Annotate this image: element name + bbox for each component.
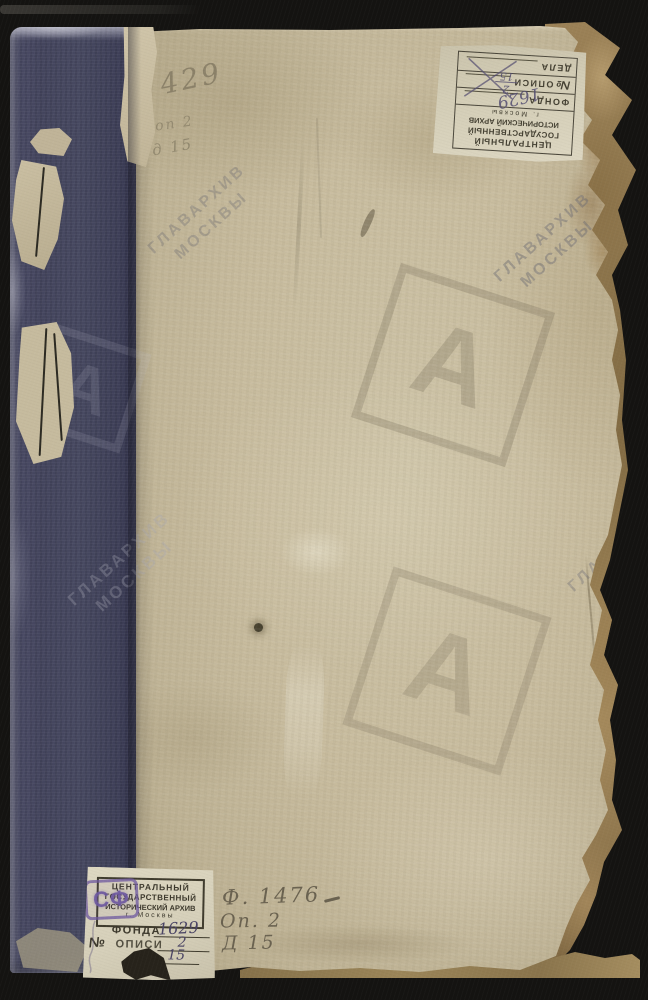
watermark-line: ГЛАВАРХИВ	[490, 188, 597, 287]
glavarkhiv-logo-watermark: А	[372, 284, 534, 446]
glavarkhiv-watermark: ГЛАВАРХИВ МОСКВЫ	[144, 160, 265, 275]
sf-purple-stamp: СФ	[84, 878, 140, 921]
watermark-line: ГЛАВАРХИВ	[144, 160, 251, 259]
photo-of-archival-book-cover: ГЛАВАРХИВ МОСКВЫ ГЛАВАРХИВ МОСКВЫ ГЛАВАР…	[0, 0, 648, 1000]
opis-caption: ОПИСИ	[115, 938, 163, 951]
archive-label-bottom: ЦЕНТРАЛЬНЫЙ ГОСУДАРСТВЕННЫЙ ИСТОРИЧЕСКИЙ…	[83, 867, 217, 982]
crease-mark	[293, 144, 305, 306]
crack-line	[53, 333, 63, 441]
background-scratch	[0, 5, 200, 14]
logo-letter-a: А	[342, 566, 551, 775]
x-cross-mark	[460, 54, 521, 103]
logo-letter-a: А	[351, 263, 555, 467]
crack-line	[38, 328, 47, 456]
logo-diamond-frame	[342, 566, 551, 775]
handwritten-delo-number: 15	[167, 947, 185, 963]
watermark-line: МОСКВЫ	[158, 176, 265, 275]
spine-top-wear	[10, 27, 138, 40]
logo-diamond-frame	[351, 263, 555, 467]
watermark-line: МОСКВЫ	[504, 204, 611, 303]
delo-caption: ДЕЛА	[540, 61, 572, 73]
dark-spot	[254, 623, 263, 632]
glavarkhiv-watermark: ГЛАВАРХИВ МОСКВЫ	[490, 188, 611, 303]
light-worn-patch	[280, 528, 352, 576]
archive-stamp-header: ЦЕНТРАЛЬНЫЙ ГОСУДАРСТВЕННЫЙ ИСТОРИЧЕСКИЙ…	[453, 104, 573, 154]
number-sign: №	[556, 77, 571, 92]
crease-mark	[316, 118, 322, 238]
archive-stamp-frame: ЦЕНТРАЛЬНЫЙ ГОСУДАРСТВЕННЫЙ ИСТОРИЧЕСКИЙ…	[452, 51, 578, 156]
dark-curl-mark	[358, 208, 377, 238]
bottom-smudge	[242, 924, 472, 964]
pencil-scribble	[85, 919, 100, 975]
glavarkhiv-logo-watermark: А	[364, 588, 530, 754]
book-front-cover: ГЛАВАРХИВ МОСКВЫ ГЛАВАРХИВ МОСКВЫ ГЛАВАР…	[132, 26, 638, 974]
spine-cover-groove	[128, 27, 141, 973]
archive-label-top: ЦЕНТРАЛЬНЫЙ ГОСУДАРСТВЕННЫЙ ИСТОРИЧЕСКИЙ…	[433, 42, 590, 165]
crack-line	[35, 167, 45, 257]
light-worn-strip	[282, 643, 325, 796]
label-torn-hole	[121, 947, 172, 980]
